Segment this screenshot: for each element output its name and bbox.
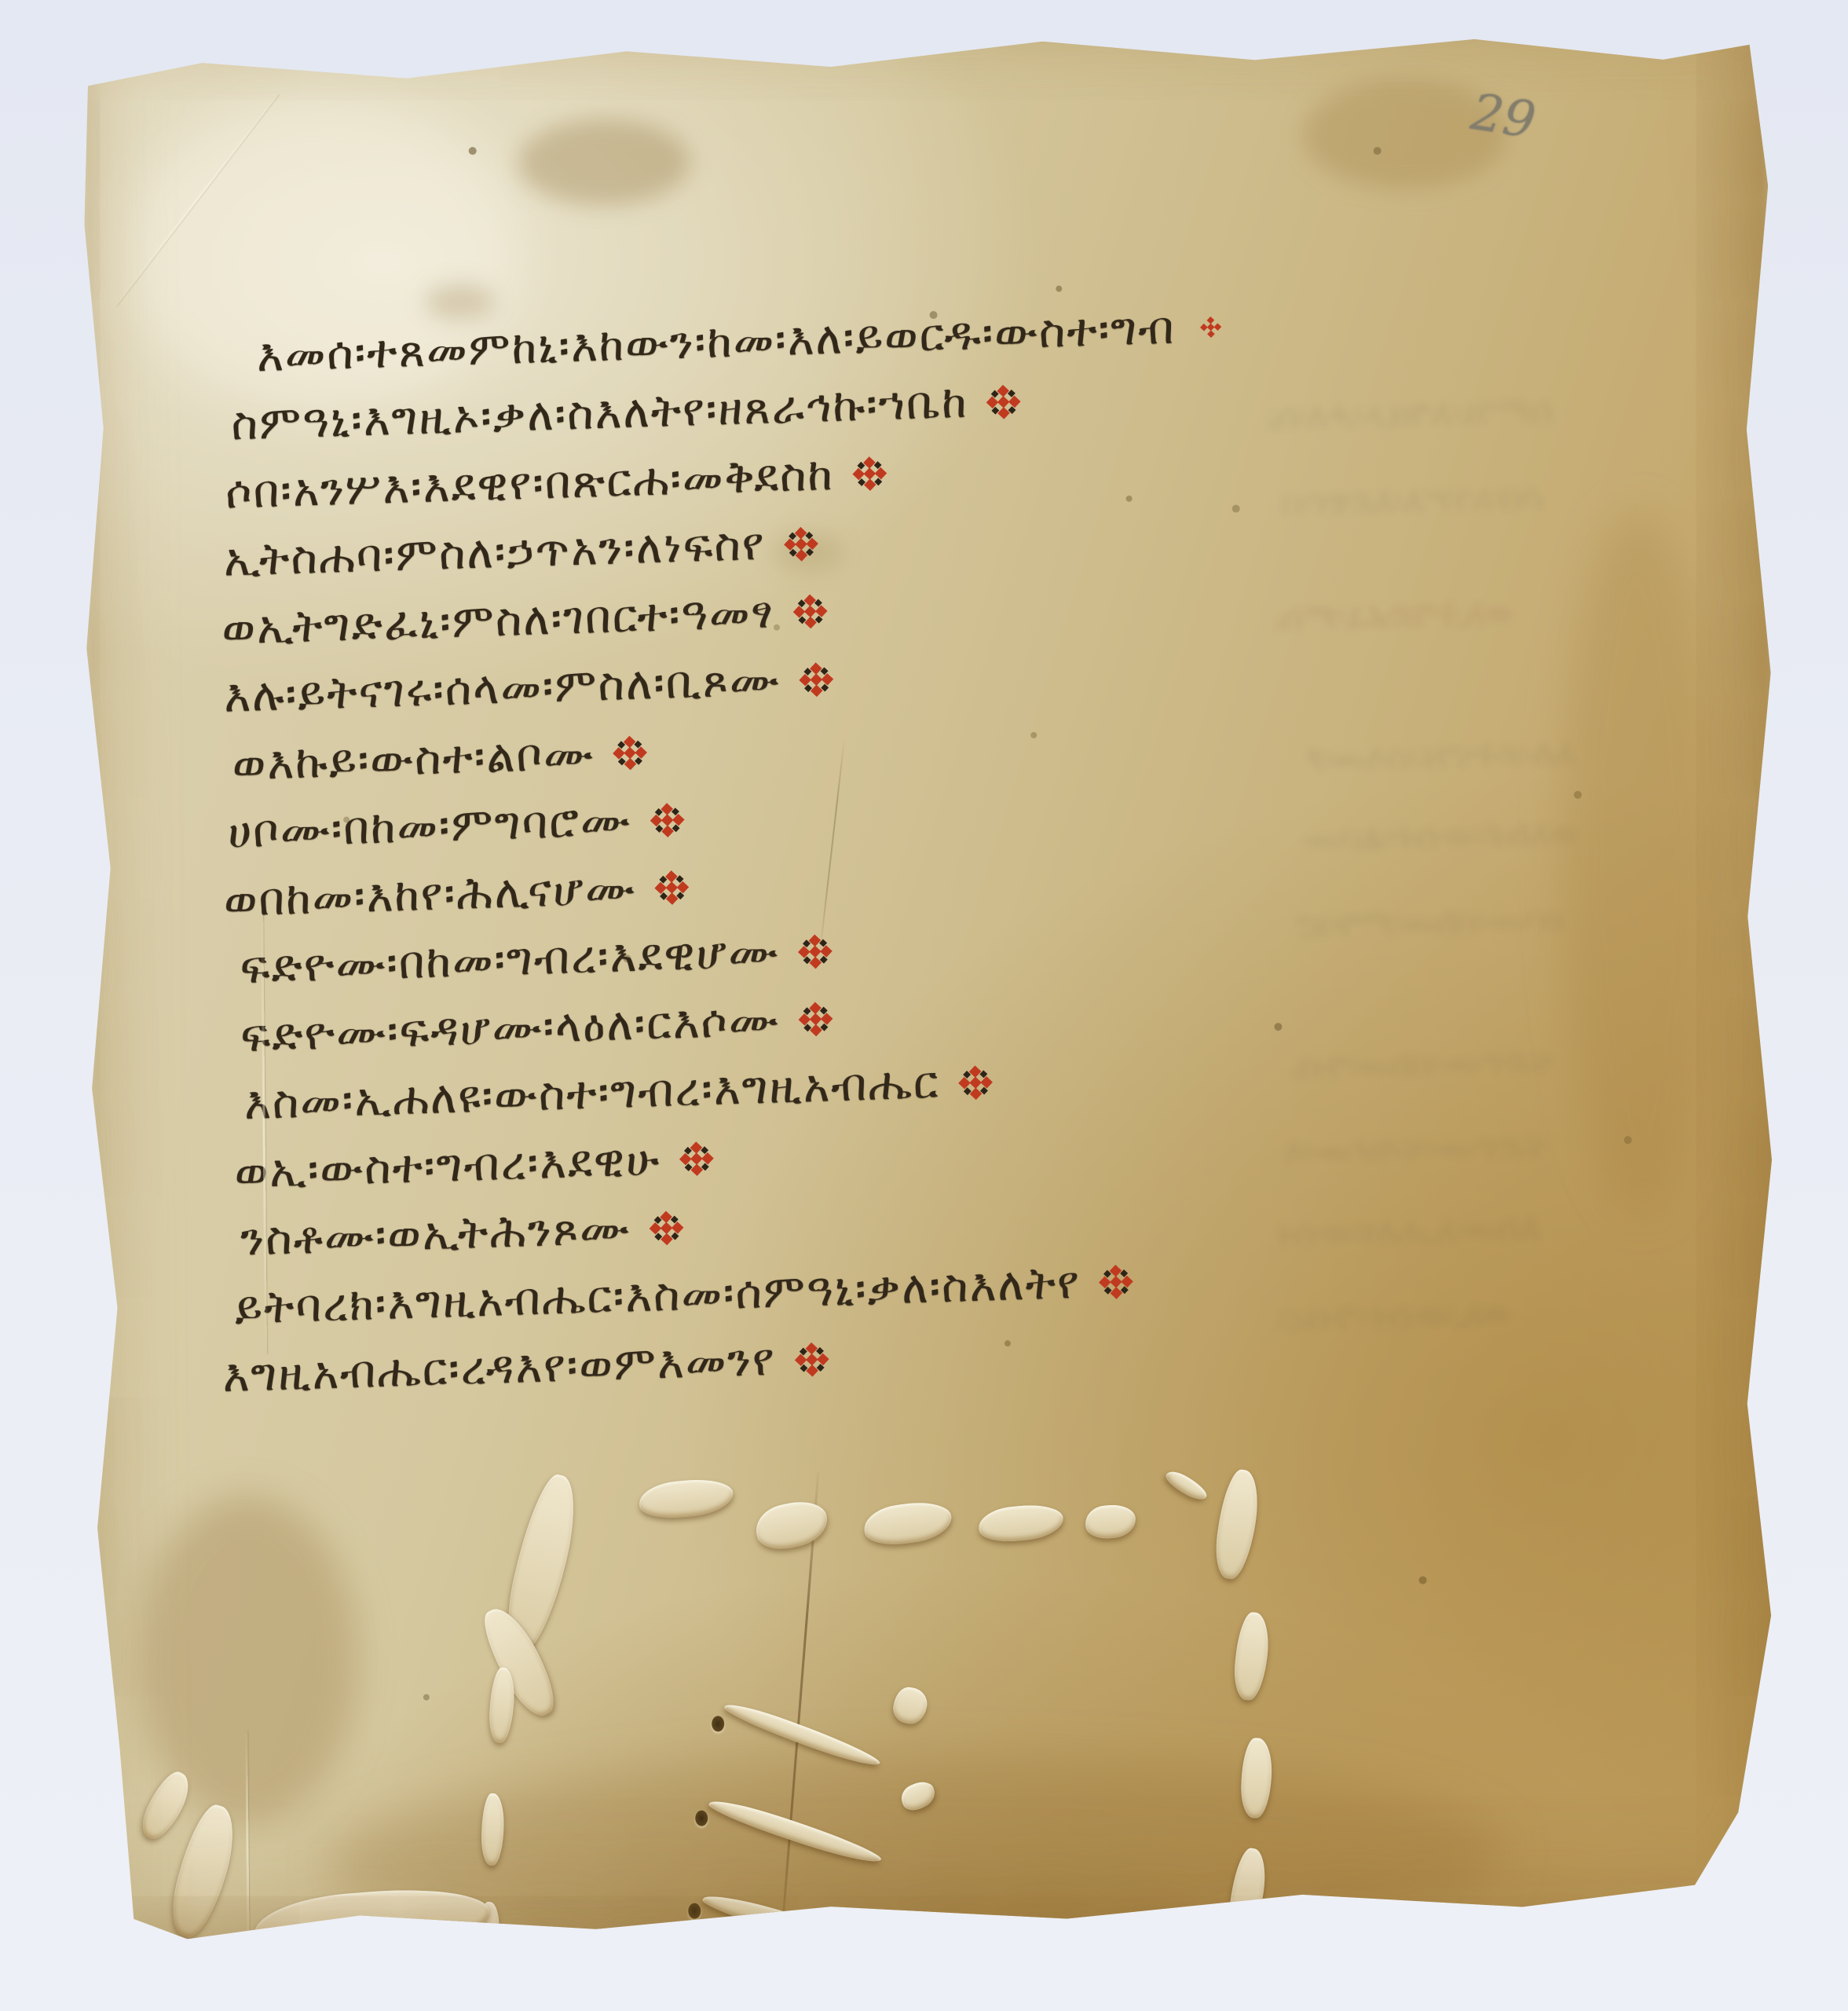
rubric-cross-icon xyxy=(796,932,833,969)
line-text: እግዚአብሔር፡ረዳእየ፡ወምእመንየ xyxy=(222,1334,777,1403)
rubric-cross-icon xyxy=(851,455,887,492)
bleed-through-text: ፍድዮሙ፡በከመ፡ግብረ፡እደዊሆሙ xyxy=(1293,1038,1553,1096)
manuscript-leaf: 29 ስምዓኒ፡እግዚኦ፡ቃለ፡ስእለትየ፡ዘጸራኅኩ፡ኀቤከ ሶበ፡አንሦእ፡… xyxy=(76,21,1788,1950)
line-text: ወእኩይ፡ውስተ፡ልቦሙ xyxy=(232,727,595,791)
stitch-thong xyxy=(752,1496,832,1555)
bleed-through-text: ወኢትግድፈኒ፡ምስለ፡ገበርተ፡ዓመፃ xyxy=(1276,590,1513,647)
stitch-thong xyxy=(252,1883,492,1962)
stitch-hole xyxy=(712,1716,724,1731)
bleed-through-text: ሀቦሙ፡በከመ፡ምግባሮሙ xyxy=(1297,897,1566,954)
page-number-pencil: 29 xyxy=(1467,83,1539,150)
rubric-cross-icon xyxy=(797,661,834,698)
line-text: ወበከመ፡እከየ፡ሕሊናሆሙ xyxy=(223,863,637,928)
bleed-through-text: ፍድዮሙ፡ፍዳሆሙ፡ላዕለ፡ርእሶሙ xyxy=(1286,1123,1546,1181)
stitch-thong xyxy=(862,1498,954,1548)
rubric-cross-icon xyxy=(985,383,1022,419)
stitch-thong xyxy=(977,1502,1065,1544)
stitch-thong xyxy=(1225,1941,1255,1999)
line-text: እሉ፡ይትናገሩ፡ሰላመ፡ምስለ፡ቢጾሙ xyxy=(223,654,781,723)
rubric-cross-icon xyxy=(677,1140,714,1177)
stitch-thong xyxy=(638,1476,735,1521)
stitch-thong xyxy=(1084,1504,1136,1540)
rubric-cross-icon xyxy=(957,1064,994,1101)
rubric-cross-icon xyxy=(782,525,819,562)
stitch-thong xyxy=(488,1667,516,1744)
rubric-cross-icon xyxy=(1097,1263,1134,1300)
rubric-cross-icon xyxy=(647,1209,684,1246)
rubric-cross-icon xyxy=(791,592,828,629)
rubric-cross-icon xyxy=(1199,316,1222,339)
photo-backdrop: 29 ስምዓኒ፡እግዚኦ፡ቃለ፡ስእለትየ፡ዘጸራኅኩ፡ኀቤከ ሶበ፡አንሦእ፡… xyxy=(0,0,1848,2011)
stitch-hole xyxy=(688,1903,701,1919)
line-text: ኢትስሐባ፡ምስለ፡ኃጥአን፡ለነፍስየ xyxy=(223,518,767,588)
rubric-cross-icon xyxy=(611,734,648,771)
bleed-through-text: ስምዓኒ፡እግዚኦ፡ቃለ፡ስእለትየ፡ዘጸራኅኩ፡ኀቤከ xyxy=(1269,388,1553,445)
line-text: ንስቶሙ፡ወኢትሕንጾሙ xyxy=(240,1203,631,1267)
bleed-through-text: እሉ፡ይትናገሩ፡ሰላመ፡ምስለ፡ቢጾሙ xyxy=(1308,731,1576,788)
line-text: ሶበ፡አንሦእ፡እደዊየ፡በጽርሐ፡መቅደስከ xyxy=(225,449,835,520)
stitch-thong xyxy=(1231,1611,1272,1701)
rubric-cross-icon xyxy=(796,1001,833,1038)
rubric-cross-icon xyxy=(653,869,690,906)
text-block: እመሰ፡ተጸመምከኒ፡እከውን፡ከመ፡እለ፡ይወርዱ፡ውስተ፡ግብ ስምዓኒ፡እ… xyxy=(213,292,1261,1410)
line-text: ሀቦሙ፡በከመ፡ምግባሮሙ xyxy=(227,794,632,859)
stitch-hole xyxy=(684,1984,697,1999)
ink-specks xyxy=(76,35,81,40)
bleed-through-text: ወኢ፡ውስተ፡ግብረ፡እደዊሁ xyxy=(1275,1291,1512,1347)
stitch-thong xyxy=(163,1800,243,1943)
line-text: ወኢ፡ውስተ፡ግብረ፡እደዊሁ xyxy=(234,1134,661,1200)
bleed-through-text: ወእኩይ፡ውስተ፡ልቦሙ xyxy=(1302,811,1579,868)
bleed-through-text: ሶበ፡አንሦእ፡እደዊየ፡በጽርሐ፡መቅደስከ xyxy=(1283,474,1544,532)
line-text: ፍድዮሙ፡ፍዳሆሙ፡ላዕለ፡ርእሶሙ xyxy=(240,994,781,1063)
bleed-through-text: እስመ፡ኢሐለዩ፡ውስተ፡ግብረ፡እግዚአብሔር xyxy=(1280,1205,1541,1262)
rubric-cross-icon xyxy=(648,801,685,838)
stitch-thong xyxy=(1211,1467,1263,1581)
stitch-thong xyxy=(1163,1467,1210,1504)
stitch-repairs xyxy=(76,21,1771,36)
rubric-cross-icon xyxy=(792,1340,829,1377)
line-text: ወኢትግድፈኒ፡ምስለ፡ገበርተ፡ዓመፃ xyxy=(221,586,775,655)
stain xyxy=(517,119,690,207)
line-text: ፍድዮሙ፡በከመ፡ግብረ፡እደዊሆሙ xyxy=(240,926,781,995)
stitch-hole xyxy=(695,1811,708,1826)
stitch-thong xyxy=(736,1935,943,1995)
stitch-thong xyxy=(891,1685,929,1726)
stain xyxy=(1557,508,1721,1217)
